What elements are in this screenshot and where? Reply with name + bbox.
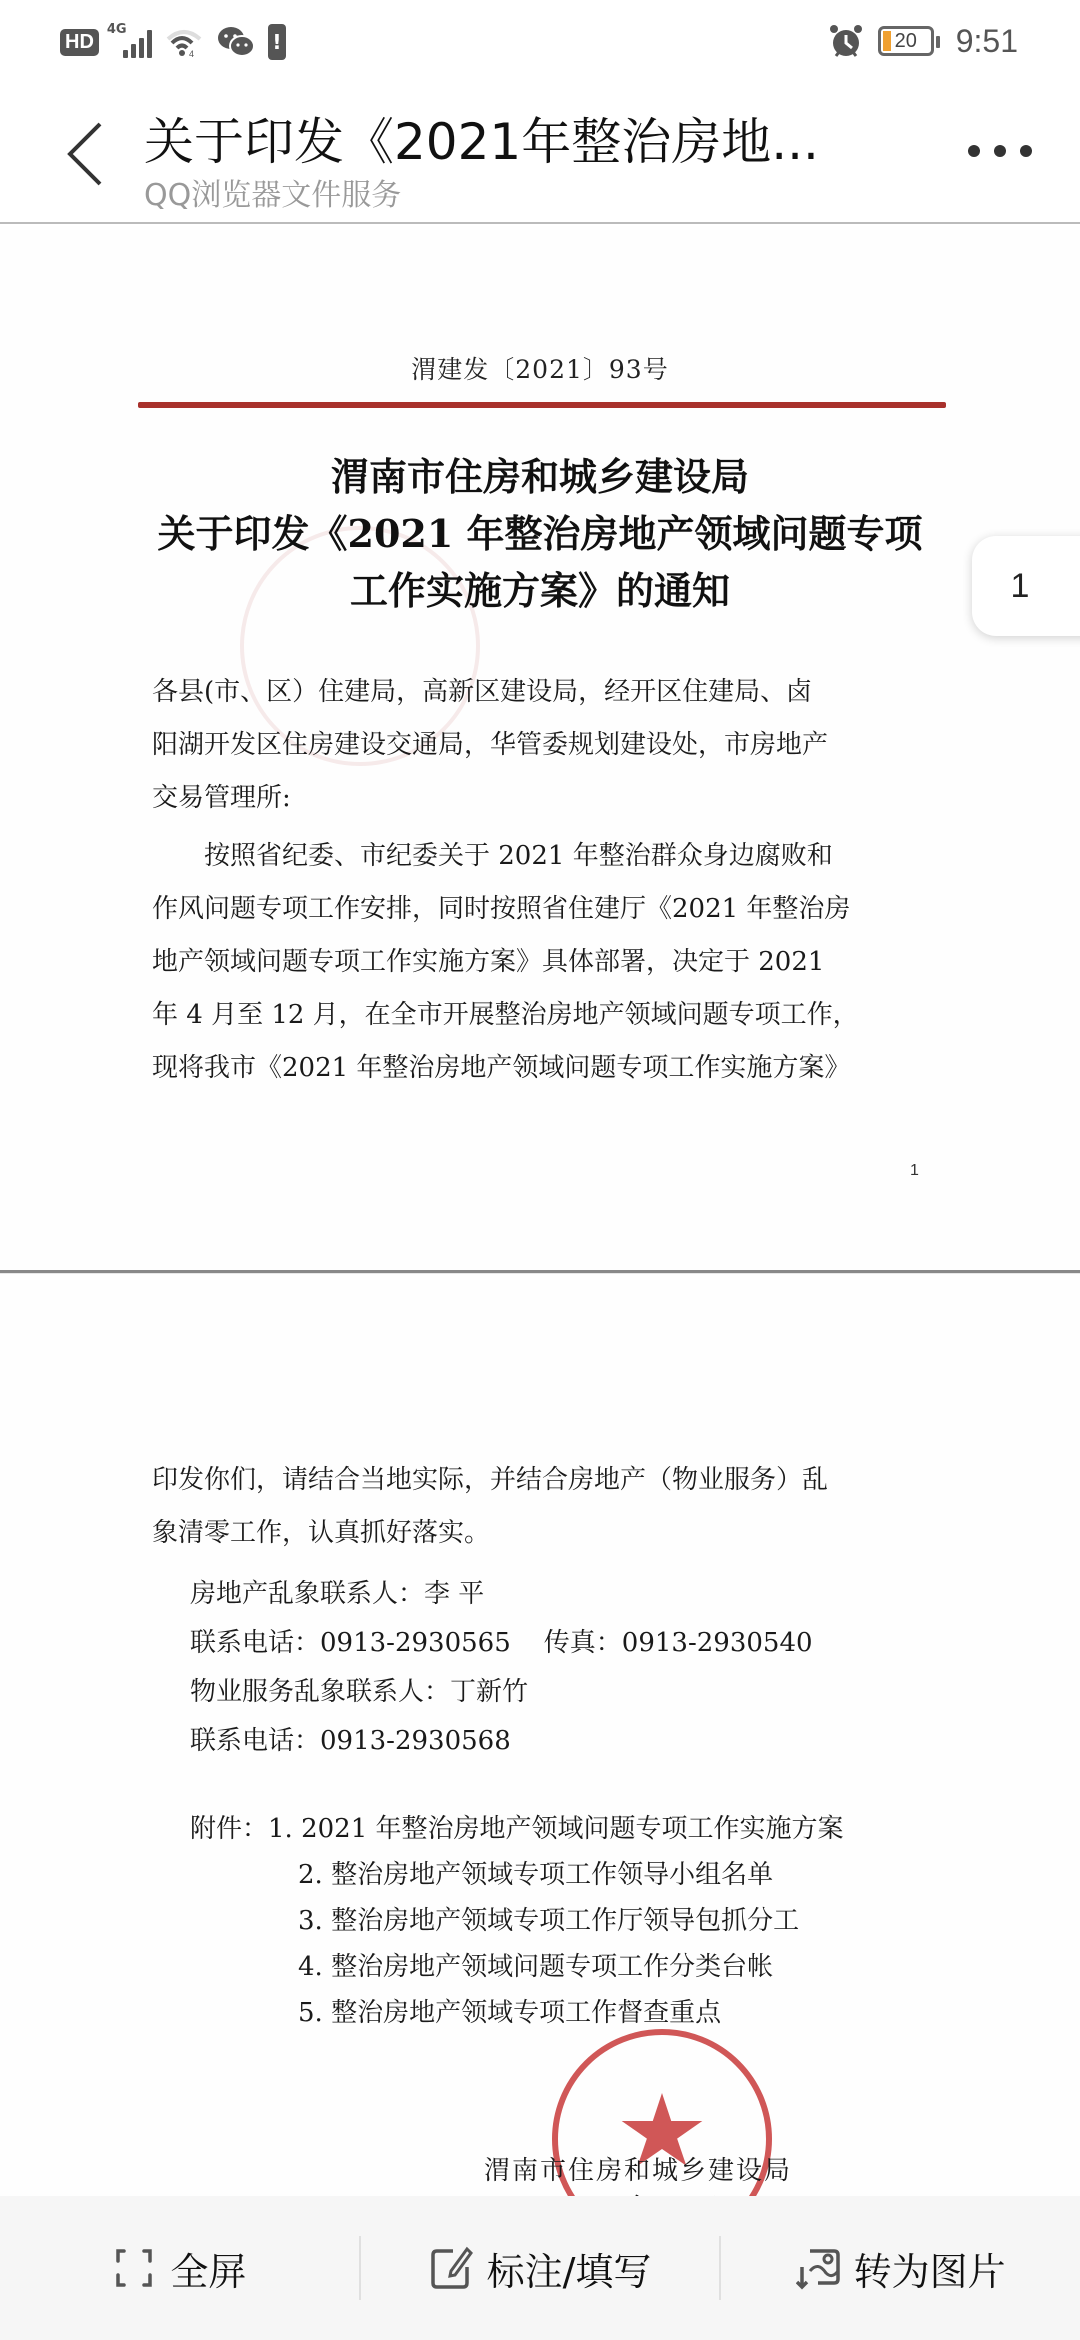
battery-level: 20 <box>895 30 917 53</box>
contact-line: 房地产乱象联系人：李 平 <box>190 1570 813 1619</box>
text-line: 按照省纪委、市纪委关于 2021 年整治群众身边腐败和 <box>152 830 942 883</box>
attachment-item: 4. 整治房地产领域问题专项工作分类台帐 <box>190 1944 844 1990</box>
page-indicator[interactable]: 1 <box>972 536 1080 636</box>
convert-to-image-label: 转为图片 <box>854 2241 1006 2296</box>
fullscreen-label: 全屏 <box>170 2241 246 2296</box>
text-line: 阳湖开发区住房建设交通局，华管委规划建设处，市房地产 <box>152 719 942 772</box>
back-button[interactable] <box>56 114 116 194</box>
title-line: 工作实施方案》的通知 <box>0 562 1080 619</box>
document-source: QQ浏览器文件服务 <box>144 170 401 214</box>
text-line: 交易管理所: <box>152 772 942 825</box>
contacts-block: 房地产乱象联系人：李 平 联系电话：0913-2930565 传真：0913-2… <box>190 1570 813 1766</box>
document-page-2: 印发你们，请结合当地实际，并结合房地产（物业服务）乱 象清零工作，认真抓好落实。… <box>0 1274 1080 2196</box>
chevron-left-icon <box>70 124 100 184</box>
page-footer-number: 1 <box>910 1162 919 1180</box>
text-line: 作风问题专项工作安排，同时按照省住建厅《2021 年整治房 <box>152 883 942 936</box>
document-page-1: 渭建发〔2021〕93号 渭南市住房和城乡建设局 关于印发《2021 年整治房地… <box>0 226 1080 1270</box>
more-options-button[interactable] <box>968 136 1032 166</box>
status-bar: HD 4G 4 ! <box>0 0 1080 84</box>
network-type-label: 4G <box>107 22 127 37</box>
contact-line: 联系电话：0913-2930568 <box>190 1717 813 1766</box>
convert-image-icon <box>796 2245 840 2291</box>
svg-text:4: 4 <box>189 49 194 57</box>
text-line: 年 4 月至 12 月，在全市开展整治房地产领域问题专项工作， <box>152 989 942 1042</box>
hd-icon: HD <box>60 29 99 56</box>
continuation-paragraph: 印发你们，请结合当地实际，并结合房地产（物业服务）乱 象清零工作，认真抓好落实。 <box>152 1454 942 1560</box>
title-line: 渭南市住房和城乡建设局 <box>0 448 1080 505</box>
text-line: 印发你们，请结合当地实际，并结合房地产（物业服务）乱 <box>152 1454 942 1507</box>
edit-icon <box>429 2245 473 2291</box>
attachment-item: 2. 整治房地产领域专项工作领导小组名单 <box>190 1852 844 1898</box>
wechat-icon <box>216 25 256 59</box>
recipients-paragraph: 各县(市、区）住建局，高新区建设局，经开区住建局、卤 阳湖开发区住房建设交通局，… <box>152 666 942 825</box>
wifi-icon: 4 <box>164 27 204 57</box>
signature-date: 2021 年 4 月 21 日 <box>544 2188 809 2196</box>
battery-alert-icon: ! <box>268 24 286 60</box>
fullscreen-button[interactable]: 全屏 <box>0 2196 359 2340</box>
contact-line: 联系电话：0913-2930565 传真：0913-2930540 <box>190 1619 813 1668</box>
notice-title: 渭南市住房和城乡建设局 关于印发《2021 年整治房地产领域问题专项 工作实施方… <box>0 448 1080 619</box>
alarm-icon <box>828 23 864 59</box>
red-header-rule <box>138 402 946 408</box>
app-bar: 关于印发《2021年整治房地... QQ浏览器文件服务 <box>0 84 1080 224</box>
attachment-item: 5. 整治房地产领域专项工作督查重点 <box>190 1990 844 2036</box>
clock: 9:51 <box>956 23 1018 60</box>
attachment-item: 附件：1. 2021 年整治房地产领域问题专项工作实施方案 <box>190 1806 844 1852</box>
annotate-label: 标注/填写 <box>487 2241 652 2296</box>
title-line: 关于印发《2021 年整治房地产领域问题专项 <box>0 505 1080 562</box>
annotate-button[interactable]: 标注/填写 <box>361 2196 720 2340</box>
text-line: 各县(市、区）住建局，高新区建设局，经开区住建局、卤 <box>152 666 942 719</box>
document-viewer[interactable]: 渭建发〔2021〕93号 渭南市住房和城乡建设局 关于印发《2021 年整治房地… <box>0 226 1080 2196</box>
signal-4g-icon: 4G <box>111 26 152 58</box>
more-dots-icon <box>968 145 980 157</box>
text-line: 地产领域问题专项工作实施方案》具体部署，决定于 2021 <box>152 936 942 989</box>
signature-organization: 渭南市住房和城乡建设局 <box>484 2150 792 2187</box>
contact-line: 物业服务乱象联系人：丁新竹 <box>190 1668 813 1717</box>
status-left: HD 4G 4 ! <box>60 22 286 62</box>
bottom-toolbar: 全屏 标注/填写 转为图片 <box>0 2196 1080 2340</box>
text-line: 现将我市《2021 年整治房地产领域问题专项工作实施方案》 <box>152 1042 942 1095</box>
status-right: 20 9:51 <box>828 18 1018 64</box>
body-paragraph: 按照省纪委、市纪委关于 2021 年整治群众身边腐败和 作风问题专项工作安排，同… <box>152 830 942 1095</box>
convert-to-image-button[interactable]: 转为图片 <box>721 2196 1080 2340</box>
document-title: 关于印发《2021年整治房地... <box>144 102 819 174</box>
text-line: 象清零工作，认真抓好落实。 <box>152 1507 942 1560</box>
attachment-item: 3. 整治房地产领域专项工作厅领导包抓分工 <box>190 1898 844 1944</box>
battery-icon: 20 <box>878 26 934 56</box>
attachments-list: 附件：1. 2021 年整治房地产领域问题专项工作实施方案 2. 整治房地产领域… <box>190 1806 844 2036</box>
fullscreen-icon <box>112 2245 156 2291</box>
document-number: 渭建发〔2021〕93号 <box>0 350 1080 386</box>
